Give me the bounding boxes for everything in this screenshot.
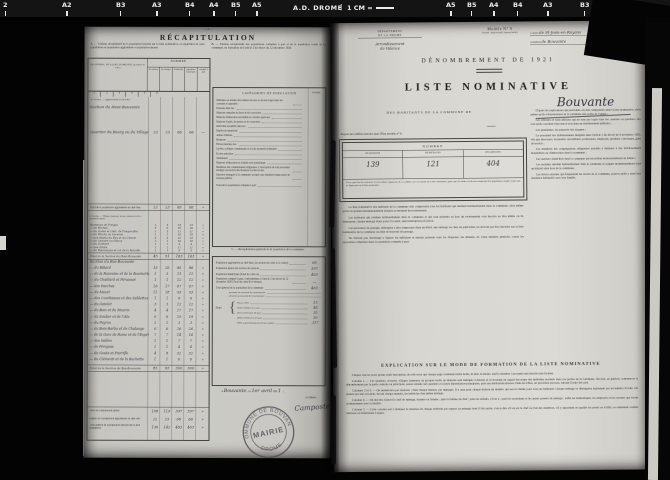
row-label: — du Mazet [88, 290, 150, 294]
category-row: Maisons d'éducation surveillée et coloni… [216, 116, 322, 120]
paragraph: Le personnel des établissements désignés… [531, 134, 641, 146]
cell-value: » [197, 315, 209, 319]
category-label: Dépôts de mendicité [216, 130, 237, 133]
row-label: — de la Rouvaise et de la Bournette [88, 272, 150, 276]
cell-value: 6 [173, 296, 185, 300]
cell-value: 119 [161, 409, 173, 413]
dotted-leader [272, 118, 302, 119]
category-label: Présents dans les : [216, 107, 235, 110]
cell-value: » [197, 345, 209, 349]
subtitle: DES HABITANTS DE LA COMMUNE DE [387, 109, 537, 118]
cell-value: 12 [173, 302, 185, 306]
right-page-liste-nominative: DÉPARTEMENT DE LA DROME Arrondissement d… [330, 20, 650, 472]
category-row: Membres des communautés religieuses, à l… [216, 166, 322, 173]
intro-a: A. — Tableau récapitulatif de la populat… [91, 43, 205, 51]
recap-label: Population municipale (Total du cadre A) [216, 274, 259, 277]
cell-value: » [197, 303, 209, 307]
explication-paragraphs: Chaque case ne porte qu'une seule inscri… [346, 372, 639, 462]
cell-value: 7 [149, 333, 161, 337]
cell-value: 7 [161, 333, 173, 337]
recap-value: 463 [307, 286, 322, 290]
cell-value: 1 [161, 345, 173, 349]
row-label: — de la Gare de Rome et de l'Espérance [88, 333, 150, 337]
recap-value: — [307, 280, 322, 284]
cell-value: 17 [161, 284, 173, 288]
cell-value: 7 [185, 339, 197, 343]
cell-value: 463 [173, 425, 185, 429]
age-breakdown: Dont { Nés en 1921 13 1916 à 192 [216, 300, 322, 326]
cell-value: » [197, 254, 209, 258]
total-bas-row: Total de la Section du Bas-Bouvante 83 9… [88, 365, 209, 372]
dotted-leader [258, 184, 302, 187]
row-label: — du Peyron [88, 321, 150, 325]
ruler-separator: | [340, 3, 342, 11]
cell-value: 1 [161, 278, 173, 282]
report-column-header: DE MAISONS [343, 151, 403, 158]
cell-value: » [197, 339, 209, 343]
category-row: Maisons d'arrêt, de justice et de correc… [216, 120, 322, 124]
year-digit: 1 . [278, 388, 284, 394]
category-row: Présents dans les : [216, 107, 322, 111]
cell-value: 19 [173, 315, 185, 319]
row-label: — du Chaillard et Péruisset [88, 278, 150, 282]
cell-value: 7 [173, 339, 185, 343]
nombre-header: NOMBRE [147, 59, 209, 68]
cell-value: 26 [173, 327, 185, 331]
dotted-leader [262, 114, 301, 115]
cell-value: 67 [185, 284, 197, 288]
section1-handwritten: Section du Haut-Bouvante [90, 105, 147, 110]
cell-value: » [197, 417, 209, 421]
presence-row: absente au moment du recensement [229, 295, 322, 298]
cell-value: » [197, 309, 209, 313]
cell-value: 12 [173, 278, 185, 282]
scale-bar [376, 7, 394, 9]
cell-value: 86 [185, 266, 197, 270]
row-label: Total de la population agglomérée au che… [88, 206, 150, 209]
ruler-label: A5 [252, 1, 262, 16]
cell-value: » [197, 366, 209, 370]
cadre-b-table: NOMBRE CATÉGORIES DE POPULATION Militair… [212, 87, 326, 247]
recap-row: Population municipale (Total du cadre A)… [216, 272, 322, 276]
right-column-paragraphs: D'après les explications qui précèdent, … [531, 108, 642, 256]
dotted-leader [227, 141, 301, 142]
category-row: Dépôts de mendicité [216, 130, 322, 134]
recap-row: Population agglomérée au chef-lieu (1re … [216, 261, 322, 265]
cell-value: 1 [161, 296, 173, 300]
paragraph: Les habitants qui résident habituellemen… [343, 215, 524, 224]
cell-value: 130 [149, 425, 161, 429]
cell-value: » [197, 327, 209, 331]
cadre-c-heading: C. — Récapitulation générale de la popul… [212, 248, 324, 254]
ruler-label: A2 [62, 1, 72, 16]
cell-value: 3 [185, 321, 197, 325]
paragraph: La liste nominative des habitants de la … [342, 204, 523, 213]
ruler-label: B5 [231, 1, 240, 16]
year-print: 192 [273, 390, 278, 393]
cadre-b-title: CATÉGORIES DE POPULATION [216, 92, 322, 95]
category-row: Individus recueillis dans les : [216, 125, 322, 129]
cell-value: » [197, 290, 209, 294]
cell-value: 23 [162, 130, 174, 135]
dotted-leader [239, 132, 302, 133]
cell-value: 18 [161, 290, 173, 294]
cell-value: 66 [173, 205, 185, 209]
report-value: 404 [463, 156, 523, 178]
left-column-paragraphs: La liste nominative des habitants de la … [342, 204, 524, 289]
cell-value: 6 [173, 357, 185, 361]
ruler-label: B4 [513, 1, 522, 16]
cell-value: 67 [173, 284, 185, 288]
ruler-label: A3 [152, 1, 162, 16]
dotted-leader [278, 150, 301, 151]
dotted-leader [265, 289, 306, 290]
cell-value: » [197, 351, 209, 355]
sub-column-headers: de maisonsde ménagesd'individuspopulatio… [147, 67, 209, 91]
dotted-leader [290, 264, 306, 265]
category-label: Lycées, collèges communaux et écoles nor… [216, 148, 277, 151]
recap-label: Population éparse (2e section du cadre A… [216, 268, 259, 271]
commune-handwritten: de Bouvante [541, 39, 566, 44]
left-page-recapitulation: — 4 — RÉCAPITULATION A. — Tableau récapi… [83, 27, 331, 459]
archive-label: A.D. DROME [293, 4, 343, 12]
cell-value: 86 [173, 266, 185, 270]
cell-value: 17 [185, 309, 197, 313]
category-row: Maisons d'éducation et d'asiles avec pen… [216, 161, 322, 165]
scale-label: 1 CM = [347, 4, 394, 12]
cell-value: 14 [185, 333, 197, 337]
report-table: NOMBRE DE MAISONSDE MÉNAGESD'HABITANTS 1… [342, 140, 524, 199]
recap-row: Total général de la population de la com… [216, 286, 322, 290]
dotted-leader [261, 309, 307, 310]
date-mid: , le [247, 390, 251, 393]
cell-value: 19 [185, 315, 197, 319]
dotted-leader [292, 283, 305, 284]
row-label: — des Faschas [88, 284, 150, 288]
paragraph: D'après les explications qui précèdent, … [531, 108, 641, 117]
cell-value: 16 [149, 284, 161, 288]
row-label: — des Sables [88, 339, 150, 343]
microfilm-scan-viewer: 2A2B3A3B4A4B5A5 A5B5A4B4A3B3A2 A.D. DROM… [0, 0, 670, 480]
ruler-label: B5 [467, 1, 476, 16]
cell-value: 163 [185, 254, 197, 258]
cell-value: 1 [149, 321, 161, 325]
cell-value: » [197, 357, 209, 361]
recap-row: Population éparse (2e section du cadre A… [216, 267, 322, 271]
cell-value: 1 [149, 296, 161, 300]
cell-value: 1 [149, 345, 161, 349]
category-label: Membres des communautés religieuses, à l… [216, 166, 291, 173]
arrondissement-line2: de Valence [348, 46, 432, 51]
cadre-c-table: Population agglomérée au chef-lieu (1re … [212, 256, 326, 386]
liste-nominative-title: LISTE NOMINATIVE [330, 80, 646, 94]
dotted-leader [234, 136, 302, 137]
row-label: — du Bâtard [88, 266, 150, 270]
cell-value: 6 [185, 357, 197, 361]
age-row: 1905 et précédemment (16 ans et plus) 33… [237, 321, 322, 325]
cell-value: 4 [185, 345, 197, 349]
row-label: — du Bois et du Mourin [88, 308, 150, 312]
quartiers-column-header: QUARTIERS, VILLAGES, HAMEAUX, (sections … [88, 59, 147, 91]
cell-value: 1 [149, 339, 161, 343]
cell-value: 3 [173, 321, 185, 325]
paragraph: Ne doivent pas davantage y figurer les m… [343, 236, 524, 245]
cell-value: 93 [185, 290, 197, 294]
category-label: Asiles d'aliénés [216, 134, 232, 137]
cell-value: 11 [149, 290, 161, 294]
category-row: Élèves internes des : [216, 143, 322, 147]
cell-value: 12 [185, 278, 197, 282]
cell-value: 4 [161, 309, 173, 313]
cell-value: 1 [161, 357, 173, 361]
cell-value: 300 [173, 366, 185, 370]
sub-column-header: population municipale [185, 67, 198, 91]
cell-value: 26 [185, 327, 197, 331]
cell-value: 93 [161, 366, 173, 370]
cell-value: 397 [173, 409, 185, 413]
paragraph: Les élèves externes qui fréquentent les … [531, 172, 641, 181]
cell-value: 3 [161, 272, 173, 276]
report-value: 121 [403, 157, 463, 179]
dotted-leader [262, 314, 307, 315]
cell-value: 300 [185, 366, 197, 370]
binding-shadow [321, 22, 339, 472]
row-label: Rappel de la population agglomérée au ch… [88, 418, 150, 421]
recap-value: 397 [307, 267, 322, 271]
cell-value: » [197, 425, 209, 429]
summary-totals: Total de la population éparse 108 119 39… [88, 407, 209, 432]
total-label: Total de la population comptée à part [216, 184, 256, 187]
binding-streak [331, 395, 336, 465]
cell-value: 12 [185, 303, 197, 307]
age-row: 1911 à 1915 (6 à 10 ans) 35 [237, 311, 322, 315]
intro-paragraphs: A. — Tableau récapitulatif de la populat… [90, 43, 325, 58]
cell-value: 22 [150, 205, 162, 209]
cell-value: » [197, 321, 209, 325]
cell-value: » [197, 205, 209, 209]
row-label: Total de la population éparse [88, 410, 150, 413]
row-label: Total de la Section du Bas-Bouvante [88, 367, 150, 370]
dotted-leader [248, 127, 302, 128]
category-row: Ouvriers étrangers à la commune occupés … [216, 174, 322, 181]
paragraph: Les personnes de passage, hébergées à ti… [343, 225, 524, 234]
cell-value: 6 [185, 296, 197, 300]
category-row: Écoles spéciales [216, 152, 322, 156]
cell-value: 163 [173, 254, 185, 258]
sub-column-header: d'individus [172, 67, 185, 91]
cell-value: — [197, 130, 209, 135]
ruler-label: 2 [3, 1, 8, 16]
age-row: Nés en 1921 13 [237, 301, 322, 305]
cell-value: 1 [149, 357, 161, 361]
category-label: Militaires et marins des armées de terre… [216, 99, 291, 106]
agglomerated-rows: Quartier du Bourg ou du Village 22 23 66… [88, 130, 209, 135]
paragraph: Les officiers et sous-officiers qui ne s… [531, 118, 641, 127]
ruler-label: A4 [209, 1, 219, 16]
dotted-leader [261, 270, 306, 271]
dotted-leader [266, 295, 321, 297]
dotted-leader [267, 292, 321, 294]
cell-value: 17 [173, 309, 185, 313]
paragraph: Les ouvriers domiciliés dans la commune … [531, 157, 641, 162]
cell-value: 32 [173, 351, 185, 355]
cell-value: » [197, 272, 209, 276]
cell-value: 3 [161, 302, 173, 306]
age-value: 13 [309, 301, 322, 305]
film-ruler: 2A2B3A3B4A4B5A5 A5B5A4B4A3B3A2 A.D. DROM… [0, 0, 670, 17]
recap-value: 66 [307, 261, 322, 265]
cell-value: 6 [161, 327, 173, 331]
row-label: Quartier du Bourg ou du Village [88, 130, 150, 135]
page-title: RÉCAPITULATION [85, 33, 332, 43]
cadre-a-header: QUARTIERS, VILLAGES, HAMEAUX, (sections … [88, 59, 209, 92]
cell-value: » [197, 266, 209, 270]
age-value: 337 [309, 321, 322, 325]
report-value: 139 [343, 158, 403, 180]
age-label: Nés en 1921 [237, 302, 249, 305]
stamp-bottom-text: DROME [259, 441, 285, 455]
table-row: Quartier du Bourg ou du Village 22 23 66… [88, 130, 209, 135]
report-footnote: Il n'y a pas lieu de rechercher la conco… [343, 178, 523, 188]
cell-value: 23 [161, 417, 173, 421]
age-value: 48 [309, 306, 322, 310]
row-label: — de Pérignas [88, 345, 150, 349]
cell-value: » [197, 284, 209, 288]
presence-label: présente au moment du recensement [229, 292, 265, 295]
row-label: Total général de la population inscrite … [88, 424, 150, 430]
age-row: 1916 à 1920 (1 à 5 ans) 48 [237, 306, 322, 310]
age-label: 1906 à 1910 (11 à 15 ans) [237, 317, 262, 320]
row-label: — du Soulier et de l'Alu [88, 314, 150, 318]
presence-label: absente au moment du recensement [229, 295, 264, 298]
cell-value: 22 [150, 130, 162, 135]
total-agglomerated-row: Total de la population agglomérée au che… [88, 204, 209, 211]
ruler-label: A5 [446, 1, 456, 16]
ruler-label: A3 [543, 1, 553, 16]
cell-value: 142 [161, 425, 173, 429]
paragraph: Colonne 5. — Cette colonne sert à indiqu… [346, 406, 638, 416]
row-label: — du Gouta et Piarrifle [88, 351, 150, 355]
svg-text:DROME: DROME [259, 441, 285, 455]
row-label: — des Courbasses et des Sablettes [88, 296, 150, 300]
cadre-a-table: QUARTIERS, VILLAGES, HAMEAUX, (sections … [86, 58, 210, 441]
cell-value: 108 [149, 409, 161, 413]
cell-value: 6 [149, 327, 161, 331]
dotted-leader [293, 179, 302, 180]
cell-value: 8 [161, 351, 173, 355]
cell-value: 1 [149, 272, 161, 276]
category-row: Lycées, collèges communaux et écoles nor… [216, 148, 322, 152]
ruler-label: B3 [580, 1, 589, 16]
cell-value: 1 [161, 339, 173, 343]
mairie-stamp: COMMUNE DE BOUVANTE DROME MAIRIE [235, 399, 301, 465]
sub-column-header: de ménages [160, 67, 173, 91]
category-row: Hospices [216, 139, 322, 143]
divider [476, 69, 502, 73]
dont-label: Dont [216, 300, 229, 326]
ruler-label: B4 [185, 1, 194, 16]
cell-value: 22 [149, 417, 161, 421]
film-speck [0, 236, 6, 250]
cell-value: 66 [185, 130, 197, 135]
cadre-b-rows: Militaires et marins des armées de terre… [216, 99, 322, 180]
summary-row: Total général de la population inscrite … [88, 423, 209, 431]
cell-value: 11 [185, 272, 197, 276]
cell-value: 1 [161, 321, 173, 325]
section2-print-label: 2e Section. — Villages, hameaux, fermes,… [90, 215, 147, 220]
dotted-leader [293, 105, 302, 106]
category-label: Hospices [216, 139, 226, 142]
row-label: — du Gatelet [88, 302, 150, 306]
table-row: — du Clémenti et de la Bachette 1 1 6 6 … [88, 357, 209, 363]
row-label: Total de la Section du Haut-Bouvante [88, 255, 150, 258]
age-rows: Nés en 1921 13 1916 à 1920 (1 à 5 ans) 4… [237, 300, 322, 326]
recap-label: Population agglomérée au chef-lieu (1re … [216, 262, 288, 265]
category-row: Séminaires [216, 157, 322, 161]
report-column-header: DE MÉNAGES [403, 150, 463, 157]
age-label: 1905 et précédemment (16 ans et plus) [237, 322, 274, 325]
cell-value: 45 [149, 254, 161, 258]
dotted-leader [239, 146, 302, 147]
dotted-leader [235, 155, 302, 156]
cell-value: 4 [173, 345, 185, 349]
sub-column-header: de maisons [147, 67, 160, 91]
category-row: Maisons centrales de force et de correct… [216, 111, 322, 115]
presence-rows: présente au moment du recensement absent… [216, 292, 322, 298]
section1-print-label: 1re Section. — Agglomération au chef-lie… [90, 98, 146, 101]
cell-value: 14 [173, 333, 185, 337]
dotted-leader [262, 123, 302, 124]
age-label: 1911 à 1915 (6 à 10 ans) [237, 312, 261, 315]
category-label: Maisons d'éducation et d'asiles avec pen… [216, 161, 265, 164]
cell-value: » [197, 333, 209, 337]
recap-label: Total général de la population de la com… [216, 287, 263, 290]
cell-value: 93 [173, 290, 185, 294]
intro-b: B. — Tableau récapitulatif des populatio… [212, 43, 326, 51]
category-label: Maisons centrales de force et de correct… [216, 111, 261, 114]
dotted-leader [263, 319, 307, 320]
canton-handwritten: de St-Jean-en-Royans [539, 30, 581, 35]
dotted-leader [237, 109, 302, 110]
dotted-leader [293, 172, 302, 173]
department-line2: DE LA DROME [358, 33, 422, 38]
cell-value: 66 [174, 130, 186, 135]
report-heading: Report des chiffres inscrits dans l'État… [341, 132, 501, 139]
paragraph: Colonnes 2 et 3. — On numérotera par mai… [346, 387, 638, 397]
age-value: 30 [309, 316, 322, 320]
age-row: 1906 à 1910 (11 à 15 ans) 30 [237, 316, 322, 320]
report-column-header: D'HABITANTS [463, 149, 523, 156]
dotted-leader [251, 304, 308, 305]
category-label: Maisons d'éducation surveillée et coloni… [216, 116, 270, 119]
cadre-a-body: 1re Section. — Agglomération au chef-lie… [87, 97, 209, 440]
dotted-leader [260, 276, 305, 277]
dotted-leader [229, 159, 301, 160]
cell-value: 3 [149, 302, 161, 306]
category-label: Maisons d'arrêt, de justice et de correc… [216, 120, 260, 123]
cadre-b-total-row: Total de la population comptée à part [216, 184, 322, 187]
cell-value: » [197, 278, 209, 282]
recap-value: 463 [307, 273, 322, 277]
report-values: 139121404 [343, 156, 523, 179]
category-label: Élèves internes des : [216, 143, 237, 146]
stamp-center-text: MAIRIE [252, 425, 285, 440]
cell-value: » [197, 296, 209, 300]
brace: { [229, 300, 236, 326]
category-row: Militaires et marins des armées de terre… [216, 99, 322, 106]
bas-bouvante-rows: — du Bâtard 16 26 86 86 » — de la Rouvai… [88, 266, 209, 364]
cell-value: 23 [161, 205, 173, 209]
